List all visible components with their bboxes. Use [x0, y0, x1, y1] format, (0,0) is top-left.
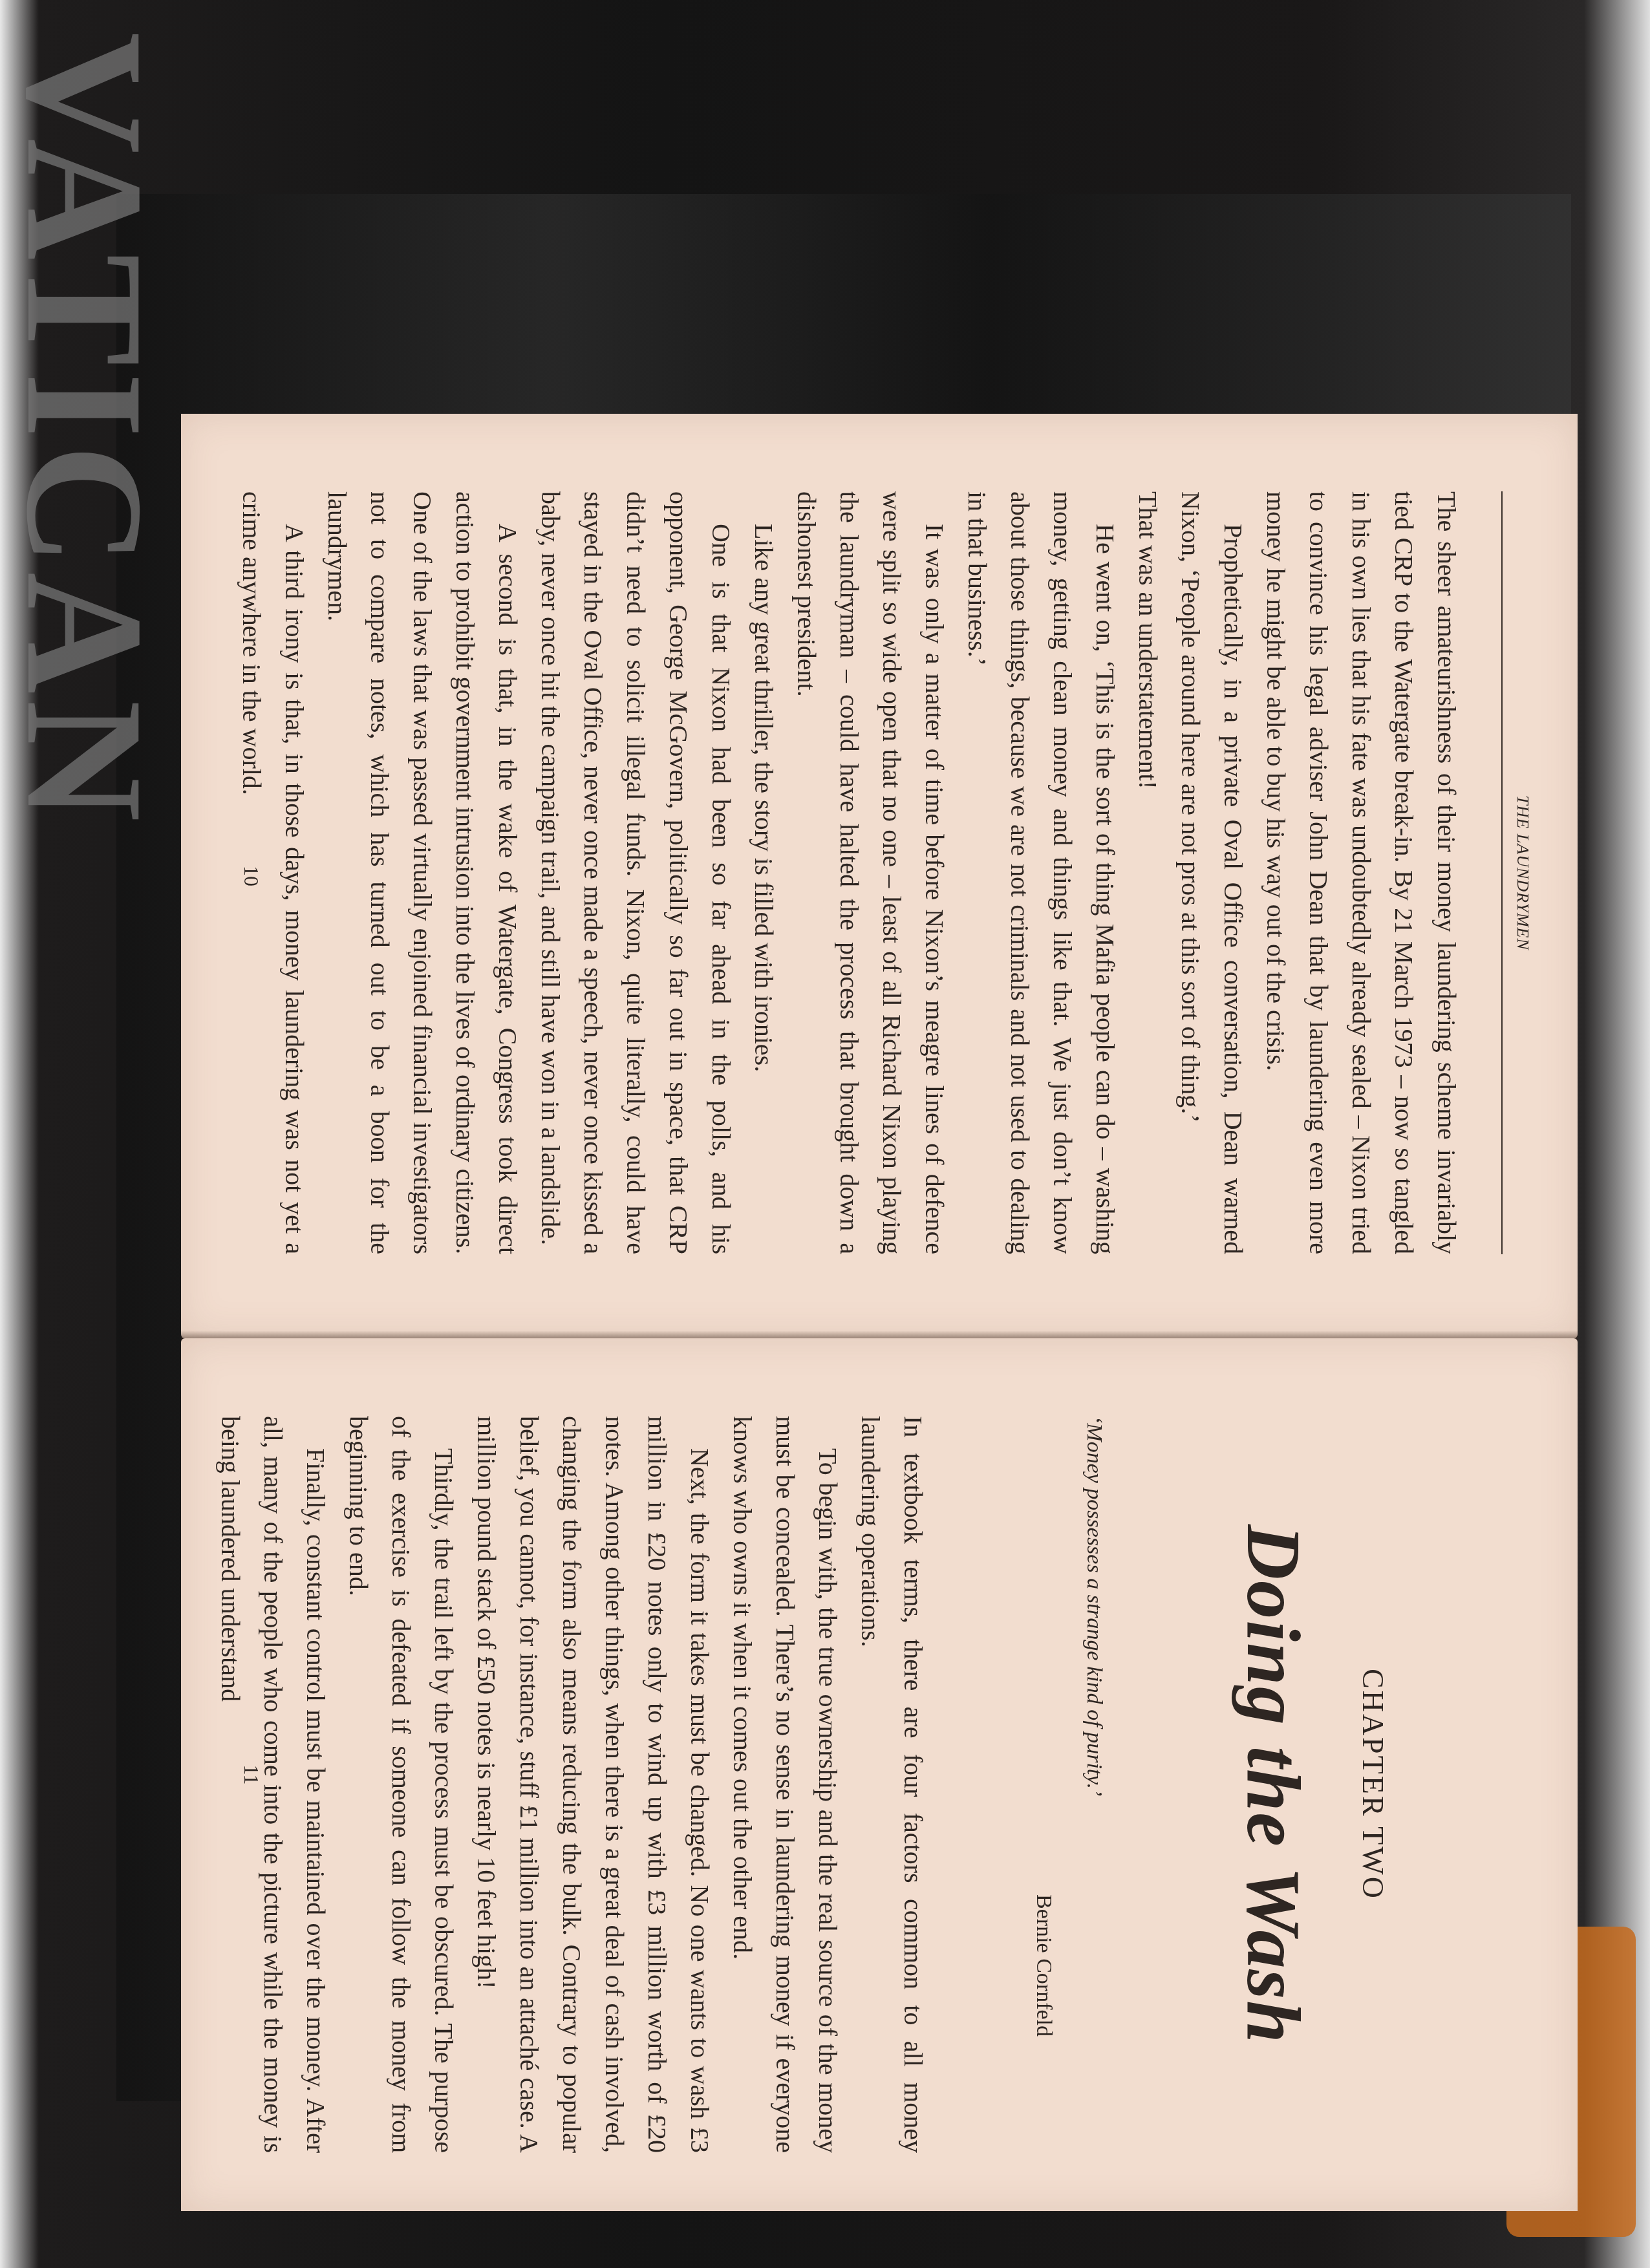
paragraph: In textbook terms, there are four factor… — [849, 1416, 934, 2153]
left-page-body: The sheer amateurishness of their money … — [230, 491, 1468, 1254]
open-book-spread: THE LAUNDRYMEN The sheer amateurishness … — [181, 414, 1578, 2211]
paragraph: Finally, constant control must be mainta… — [209, 1416, 337, 2153]
epigraph-author: Bernie Cornfeld — [1031, 1416, 1056, 2153]
right-page: CHAPTER TWO Doing the Wash ‘Money posses… — [181, 1338, 1578, 2211]
paragraph: A second is that, in the wake of Waterga… — [316, 491, 529, 1254]
chapter-label: CHAPTER TWO — [1356, 1416, 1390, 2153]
paragraph: The sheer amateurishness of their money … — [1254, 491, 1468, 1254]
chapter-title: Doing the Wash — [1229, 1416, 1317, 2153]
running-head: THE LAUNDRYMEN — [1501, 491, 1532, 1254]
paragraph: Prophetically, in a private Oval Office … — [1169, 491, 1254, 1254]
epigraph-quote: ‘Money possesses a strange kind of purit… — [1082, 1416, 1106, 2153]
paragraph: It was only a matter of time before Nixo… — [785, 491, 956, 1254]
epigraph: ‘Money possesses a strange kind of purit… — [1031, 1416, 1106, 2153]
paragraph: Next, the form it takes must be changed.… — [465, 1416, 721, 2153]
background-book-spine-text: VATICAN — [0, 32, 181, 679]
paragraph: That was an understatement! — [1126, 491, 1169, 1254]
paragraph: One is that Nixon had been so far ahead … — [529, 491, 742, 1254]
left-page: THE LAUNDRYMEN The sheer amateurishness … — [181, 414, 1578, 1338]
page-number: 11 — [239, 1338, 263, 2211]
right-page-body: In textbook terms, there are four factor… — [209, 1416, 934, 2153]
paragraph: Thirdly, the trail left by the process m… — [337, 1416, 465, 2153]
page-number: 10 — [239, 414, 263, 1338]
paragraph: Like any great thriller, the story is fi… — [742, 491, 785, 1254]
paragraph: To begin with, the true ownership and th… — [721, 1416, 849, 2153]
paragraph: He went on, ‘This is the sort of thing M… — [956, 491, 1126, 1254]
